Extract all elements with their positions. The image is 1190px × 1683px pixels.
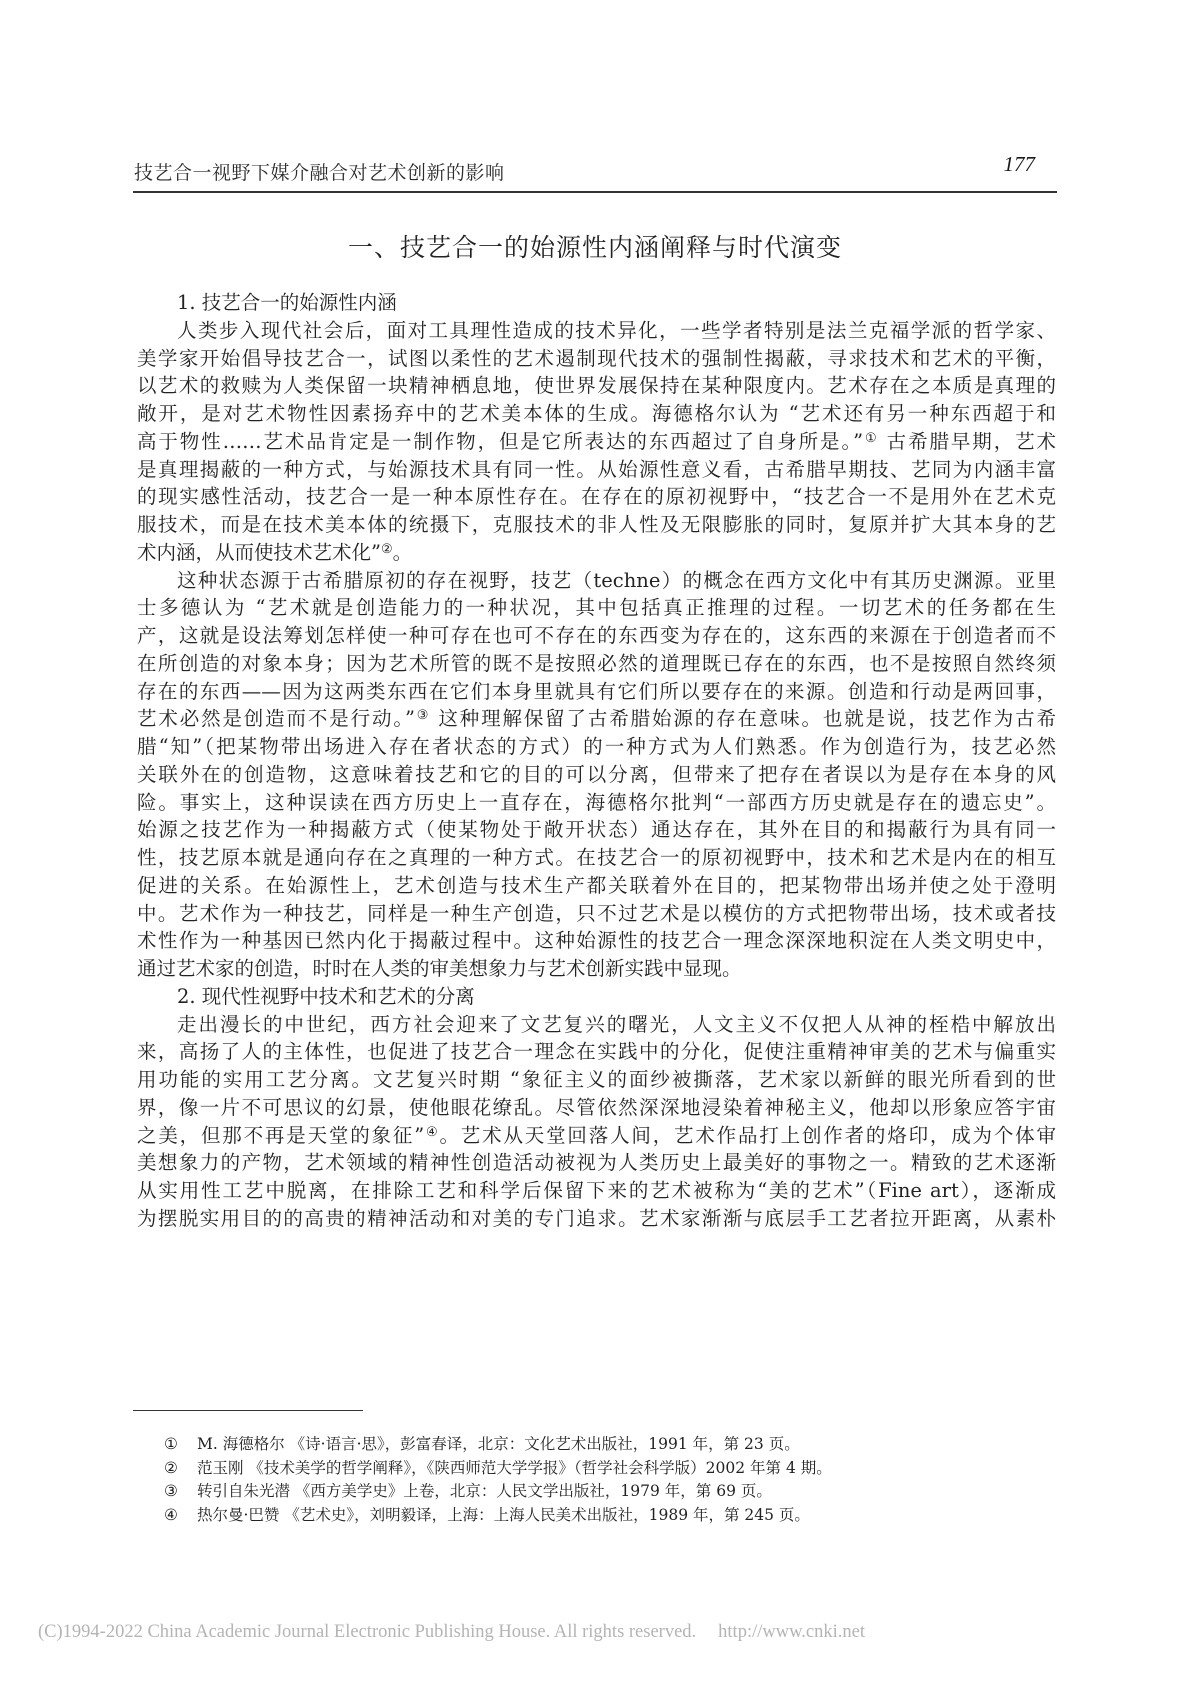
cnki-url: http://www.cnki.net — [718, 1622, 865, 1642]
body-line: 界，像一片不可思议的幻景，使他眼花缭乱。尽管依然深深地浸染着神秘主义，他却以形象… — [137, 1094, 1056, 1122]
footnote-reference[interactable]: ② — [381, 542, 393, 557]
footnote-marker: ③ — [164, 1480, 197, 1504]
footnote-text: 热尔曼·巴赞 《艺术史》，刘明毅译，上海：上海人民美术出版社，1989 年，第 … — [197, 1504, 810, 1528]
body-line: 美学家开始倡导技艺合一，试图以柔性的艺术遏制现代技术的强制性揭蔽，寻求技术和艺术… — [137, 345, 1056, 373]
article-body: 1. 技艺合一的始源性内涵人类步入现代社会后，面对工具理性造成的技术异化，一些学… — [137, 289, 1056, 1233]
body-line: 为摆脱实用目的的高贵的精神活动和对美的专门追求。艺术家渐渐与底层手工艺者拉开距离… — [137, 1205, 1056, 1233]
footnote-text: 转引自朱光潜 《西方美学史》上卷，北京：人民文学出版社，1979 年，第 69 … — [197, 1480, 772, 1504]
footnote-reference[interactable]: ④ — [424, 1125, 439, 1140]
footnote-marker: ② — [164, 1457, 197, 1481]
body-line: 险。事实上，这种误读在西方历史上一直存在，海德格尔批判“一部西方历史就是存在的遗… — [137, 789, 1056, 817]
body-line: 促进的关系。在始源性上，艺术创造与技术生产都关联着外在目的，把某物带出场并使之处… — [137, 872, 1056, 900]
footnote-marker: ④ — [164, 1504, 197, 1528]
line-text: 这种理解保留了古希腊始源的存在意味。也就是说，技艺作为古希 — [430, 707, 1056, 730]
body-line: 这种状态源于古希腊原初的存在视野，技艺（techne）的概念在西方文化中有其历史… — [137, 567, 1056, 595]
body-line: 始源之技艺作为一种揭蔽方式（使某物处于敞开状态）通达存在，其外在目的和揭蔽行为具… — [137, 816, 1056, 844]
body-line: 腊“知”（把某物带出场进入存在者状态的方式）的一种方式为人们熟悉。作为创造行为，… — [137, 733, 1056, 761]
footnote-separator — [133, 1410, 363, 1411]
body-line: 士多德认为 “艺术就是创造能力的一种状况，其中包括真正推理的过程。一切艺术的任务… — [137, 594, 1056, 622]
subsection-heading: 1. 技艺合一的始源性内涵 — [137, 289, 1056, 317]
body-line: 美想象力的产物，艺术领域的精神性创造活动被视为人类历史上最美好的事物之一。精致的… — [137, 1149, 1056, 1177]
body-line: 服技术，而是在技术美本体的统摄下，克服技术的非人性及无限膨胀的同时，复原并扩大其… — [137, 511, 1056, 539]
body-line: 的现实感性活动，技艺合一是一种本原性存在。在存在的原初视野中，“技艺合一不是用外… — [137, 483, 1056, 511]
body-line: 敞开，是对艺术物性因素扬弃中的艺术美本体的生成。海德格尔认为 “艺术还有另一种东… — [137, 400, 1056, 428]
body-line: 高于物性……艺术品肯定是一制作物，但是它所表达的东西超过了自身所是。”① 古希腊… — [137, 428, 1056, 456]
footnote-marker: ① — [164, 1433, 197, 1457]
body-line: 通过艺术家的创造，时时在人类的审美想象力与艺术创新实践中显现。 — [137, 955, 1056, 983]
body-line: 来，高扬了人的主体性，也促进了技艺合一理念在实践中的分化，促使注重精神审美的艺术… — [137, 1038, 1056, 1066]
header-rule — [133, 191, 1057, 193]
body-line: 艺术必然是创造而不是行动。”③ 这种理解保留了古希腊始源的存在意味。也就是说，技… — [137, 705, 1056, 733]
body-line: 之美，但那不再是天堂的象征”④。艺术从天堂回落人间，艺术作品打上创作者的烙印，成… — [137, 1122, 1056, 1150]
copyright-text: (C)1994-2022 China Academic Journal Elec… — [38, 1622, 696, 1642]
running-header: 技艺合一视野下媒介融合对艺术创新的影响 177 — [133, 152, 1057, 192]
body-line: 性，技艺原本就是通向存在之真理的一种方式。在技艺合一的原初视野中，技术和艺术是内… — [137, 844, 1056, 872]
body-line: 以艺术的救赎为人类保留一块精神栖息地，使世界发展保持在某种限度内。艺术存在之本质… — [137, 372, 1056, 400]
footnote-item: ③转引自朱光潜 《西方美学史》上卷，北京：人民文学出版社，1979 年，第 69… — [164, 1480, 1044, 1504]
body-line: 产，这就是设法筹划怎样使一种可存在也可不存在的东西变为存在的，这东西的来源在于创… — [137, 622, 1056, 650]
footnote-item: ②范玉刚 《技术美学的哲学阐释》，《陕西师范大学学报》（哲学社会科学版）2002… — [164, 1457, 1044, 1481]
footnote-text: M. 海德格尔 《诗·语言·思》，彭富春译，北京：文化艺术出版社，1991 年，… — [197, 1433, 800, 1457]
line-text: 。 — [393, 541, 413, 564]
body-line: 从实用性工艺中脱离，在排除工艺和科学后保留下来的艺术被称为“美的艺术”（Fine… — [137, 1177, 1056, 1205]
subsection-heading: 2. 现代性视野中技术和艺术的分离 — [137, 983, 1056, 1011]
footnote-item: ④热尔曼·巴赞 《艺术史》，刘明毅译，上海：上海人民美术出版社，1989 年，第… — [164, 1504, 1044, 1528]
body-line: 用功能的实用工艺分离。文艺复兴时期 “象征主义的面纱被撕落，艺术家以新鲜的眼光所… — [137, 1066, 1056, 1094]
copyright-notice: (C)1994-2022 China Academic Journal Elec… — [38, 1622, 865, 1643]
line-text: 古希腊早期，艺术 — [879, 430, 1056, 453]
line-text: 。艺术从天堂回落人间，艺术作品打上创作者的烙印，成为个体审 — [439, 1124, 1056, 1147]
page-number: 177 — [1004, 152, 1036, 177]
body-line: 人类步入现代社会后，面对工具理性造成的技术异化，一些学者特别是法兰克福学派的哲学… — [137, 317, 1056, 345]
footnote-item: ①M. 海德格尔 《诗·语言·思》，彭富春译，北京：文化艺术出版社，1991 年… — [164, 1433, 1044, 1457]
body-line: 术内涵，从而使技术艺术化”②。 — [137, 539, 1056, 567]
footnote-reference[interactable]: ③ — [415, 708, 430, 723]
footnote-reference[interactable]: ① — [863, 431, 878, 446]
body-line: 走出漫长的中世纪，西方社会迎来了文艺复兴的曙光，人文主义不仅把人从神的桎梏中解放… — [137, 1011, 1056, 1039]
body-line: 中。艺术作为一种技艺，同样是一种生产创造，只不过艺术是以模仿的方式把物带出场，技… — [137, 900, 1056, 928]
section-title: 一、技艺合一的始源性内涵阐释与时代演变 — [0, 228, 1190, 264]
line-text: 艺术必然是创造而不是行动。” — [137, 707, 415, 730]
body-line: 是真理揭蔽的一种方式，与始源技术具有同一性。从始源性意义看，古希腊早期技、艺同为… — [137, 456, 1056, 484]
body-line: 存在的东西——因为这两类东西在它们本身里就具有它们所以要存在的来源。创造和行动是… — [137, 678, 1056, 706]
footnote-text: 范玉刚 《技术美学的哲学阐释》，《陕西师范大学学报》（哲学社会科学版）2002 … — [197, 1457, 832, 1481]
line-text: 术内涵，从而使技术艺术化” — [137, 541, 381, 564]
running-title: 技艺合一视野下媒介融合对艺术创新的影响 — [134, 158, 505, 185]
body-line: 关联外在的创造物，这意味着技艺和它的目的可以分离，但带来了把存在者误以为是存在本… — [137, 761, 1056, 789]
footnotes: ①M. 海德格尔 《诗·语言·思》，彭富春译，北京：文化艺术出版社，1991 年… — [164, 1433, 1044, 1527]
line-text: 之美，但那不再是天堂的象征” — [137, 1124, 424, 1147]
body-line: 在所创造的对象本身；因为艺术所管的既不是按照必然的道理既已存在的东西，也不是按照… — [137, 650, 1056, 678]
body-line: 术性作为一种基因已然内化于揭蔽过程中。这种始源性的技艺合一理念深深地积淀在人类文… — [137, 927, 1056, 955]
line-text: 高于物性……艺术品肯定是一制作物，但是它所表达的东西超过了自身所是。” — [137, 430, 863, 453]
